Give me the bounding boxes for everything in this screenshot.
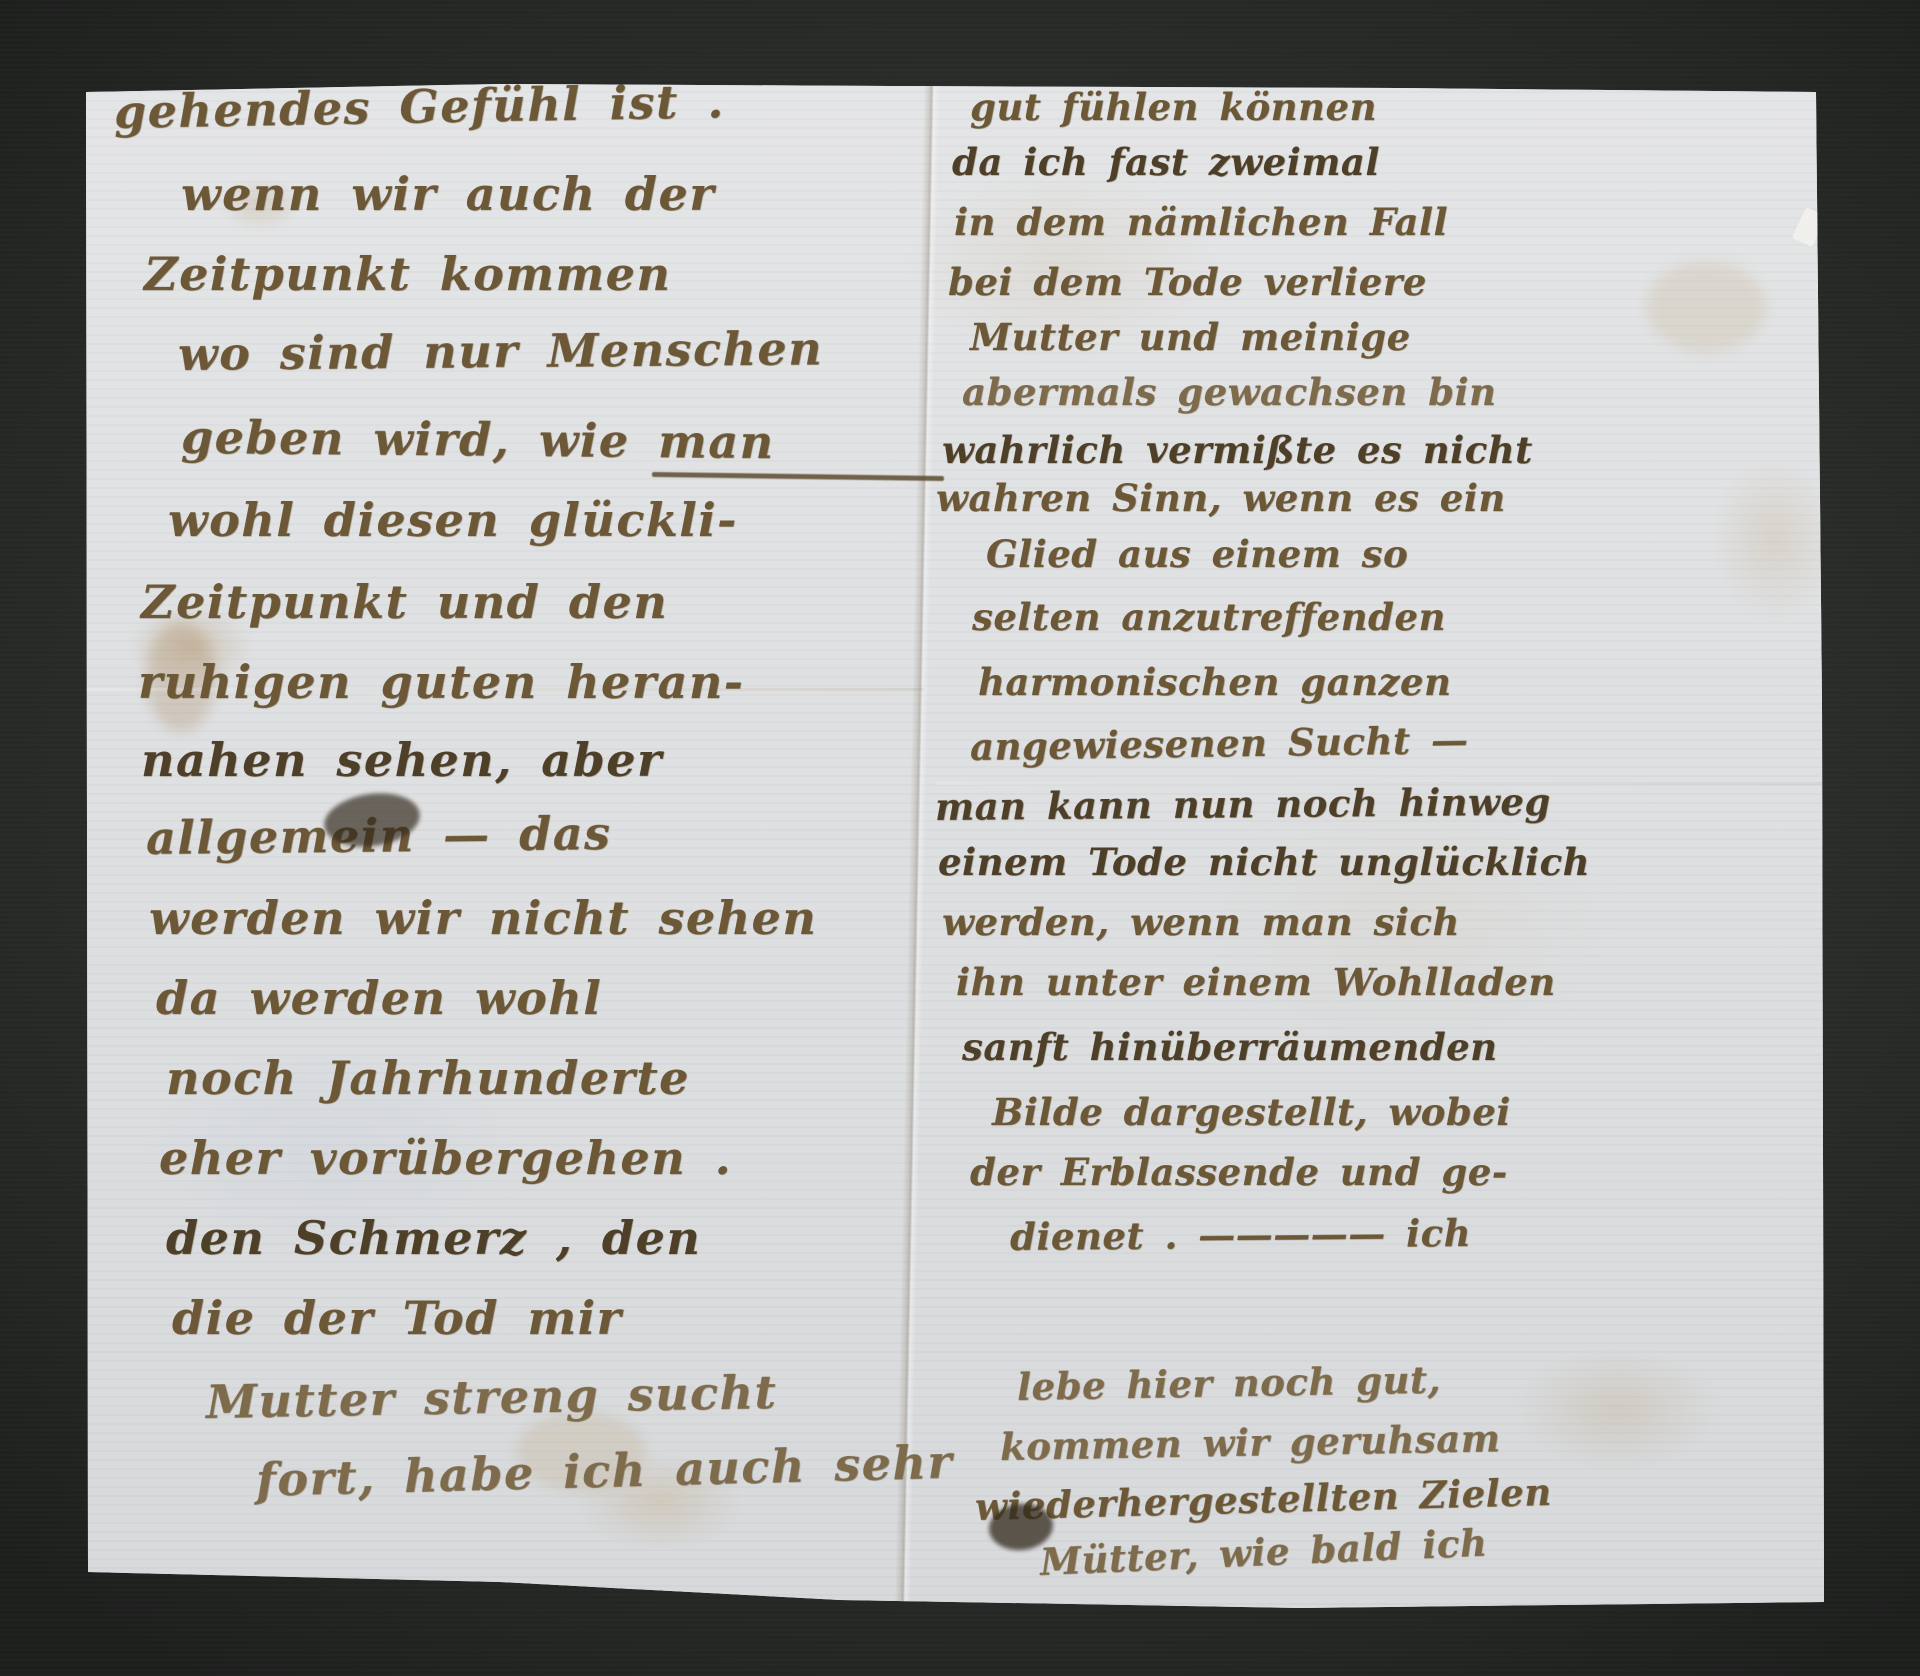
handwritten-line: angewiesenen Sucht — — [970, 718, 1469, 769]
handwritten-line: in dem nämlichen Fall — [954, 200, 1448, 244]
handwritten-line: dienet . ————— ich — [1010, 1211, 1471, 1259]
handwritten-line: lebe hier noch gut, — [1017, 1358, 1442, 1409]
handwritten-line: kommen wir geruhsam — [1000, 1416, 1501, 1469]
photo-background: gehendes Gefühl ist . wenn wir auch der … — [0, 0, 1920, 1676]
handwritten-line: abermals gewachsen bin — [962, 370, 1496, 414]
handwritten-line: Mütter, wie bald ich — [1039, 1520, 1488, 1583]
handwritten-line: Glied aus einem so — [986, 532, 1408, 576]
handwritten-line: harmonischen ganzen — [978, 660, 1451, 704]
handwritten-line: Mutter und meinige — [970, 315, 1411, 359]
handwritten-line: bei dem Tode verliere — [948, 260, 1427, 304]
handwritten-line: einem Tode nicht unglücklich — [938, 840, 1590, 884]
letter-sheet: gehendes Gefühl ist . wenn wir auch der … — [86, 82, 1826, 1608]
handwritten-line: man kann nun noch hinweg — [935, 780, 1551, 829]
handwritten-line: wahren Sinn, wenn es ein — [936, 476, 1506, 520]
handwritten-line: selten anzutreffenden — [972, 595, 1446, 639]
handwritten-line: sanft hinüberräumenden — [962, 1025, 1498, 1069]
handwritten-line: wahrlich vermißte es nicht — [942, 428, 1533, 472]
handwritten-line: gut fühlen können — [970, 85, 1377, 129]
handwritten-line: Bilde dargestellt, wobei — [992, 1090, 1511, 1134]
page-right: gut fühlen können da ich fast zweimal in… — [86, 82, 1826, 1608]
handwritten-line: wiederhergestellten Zielen — [974, 1470, 1552, 1529]
handwritten-line: ihn unter einem Wohlladen — [956, 960, 1556, 1004]
handwritten-line: da ich fast zweimal — [952, 140, 1380, 184]
handwritten-line: der Erblassende und ge- — [970, 1150, 1508, 1194]
handwritten-line: werden, wenn man sich — [942, 900, 1460, 944]
